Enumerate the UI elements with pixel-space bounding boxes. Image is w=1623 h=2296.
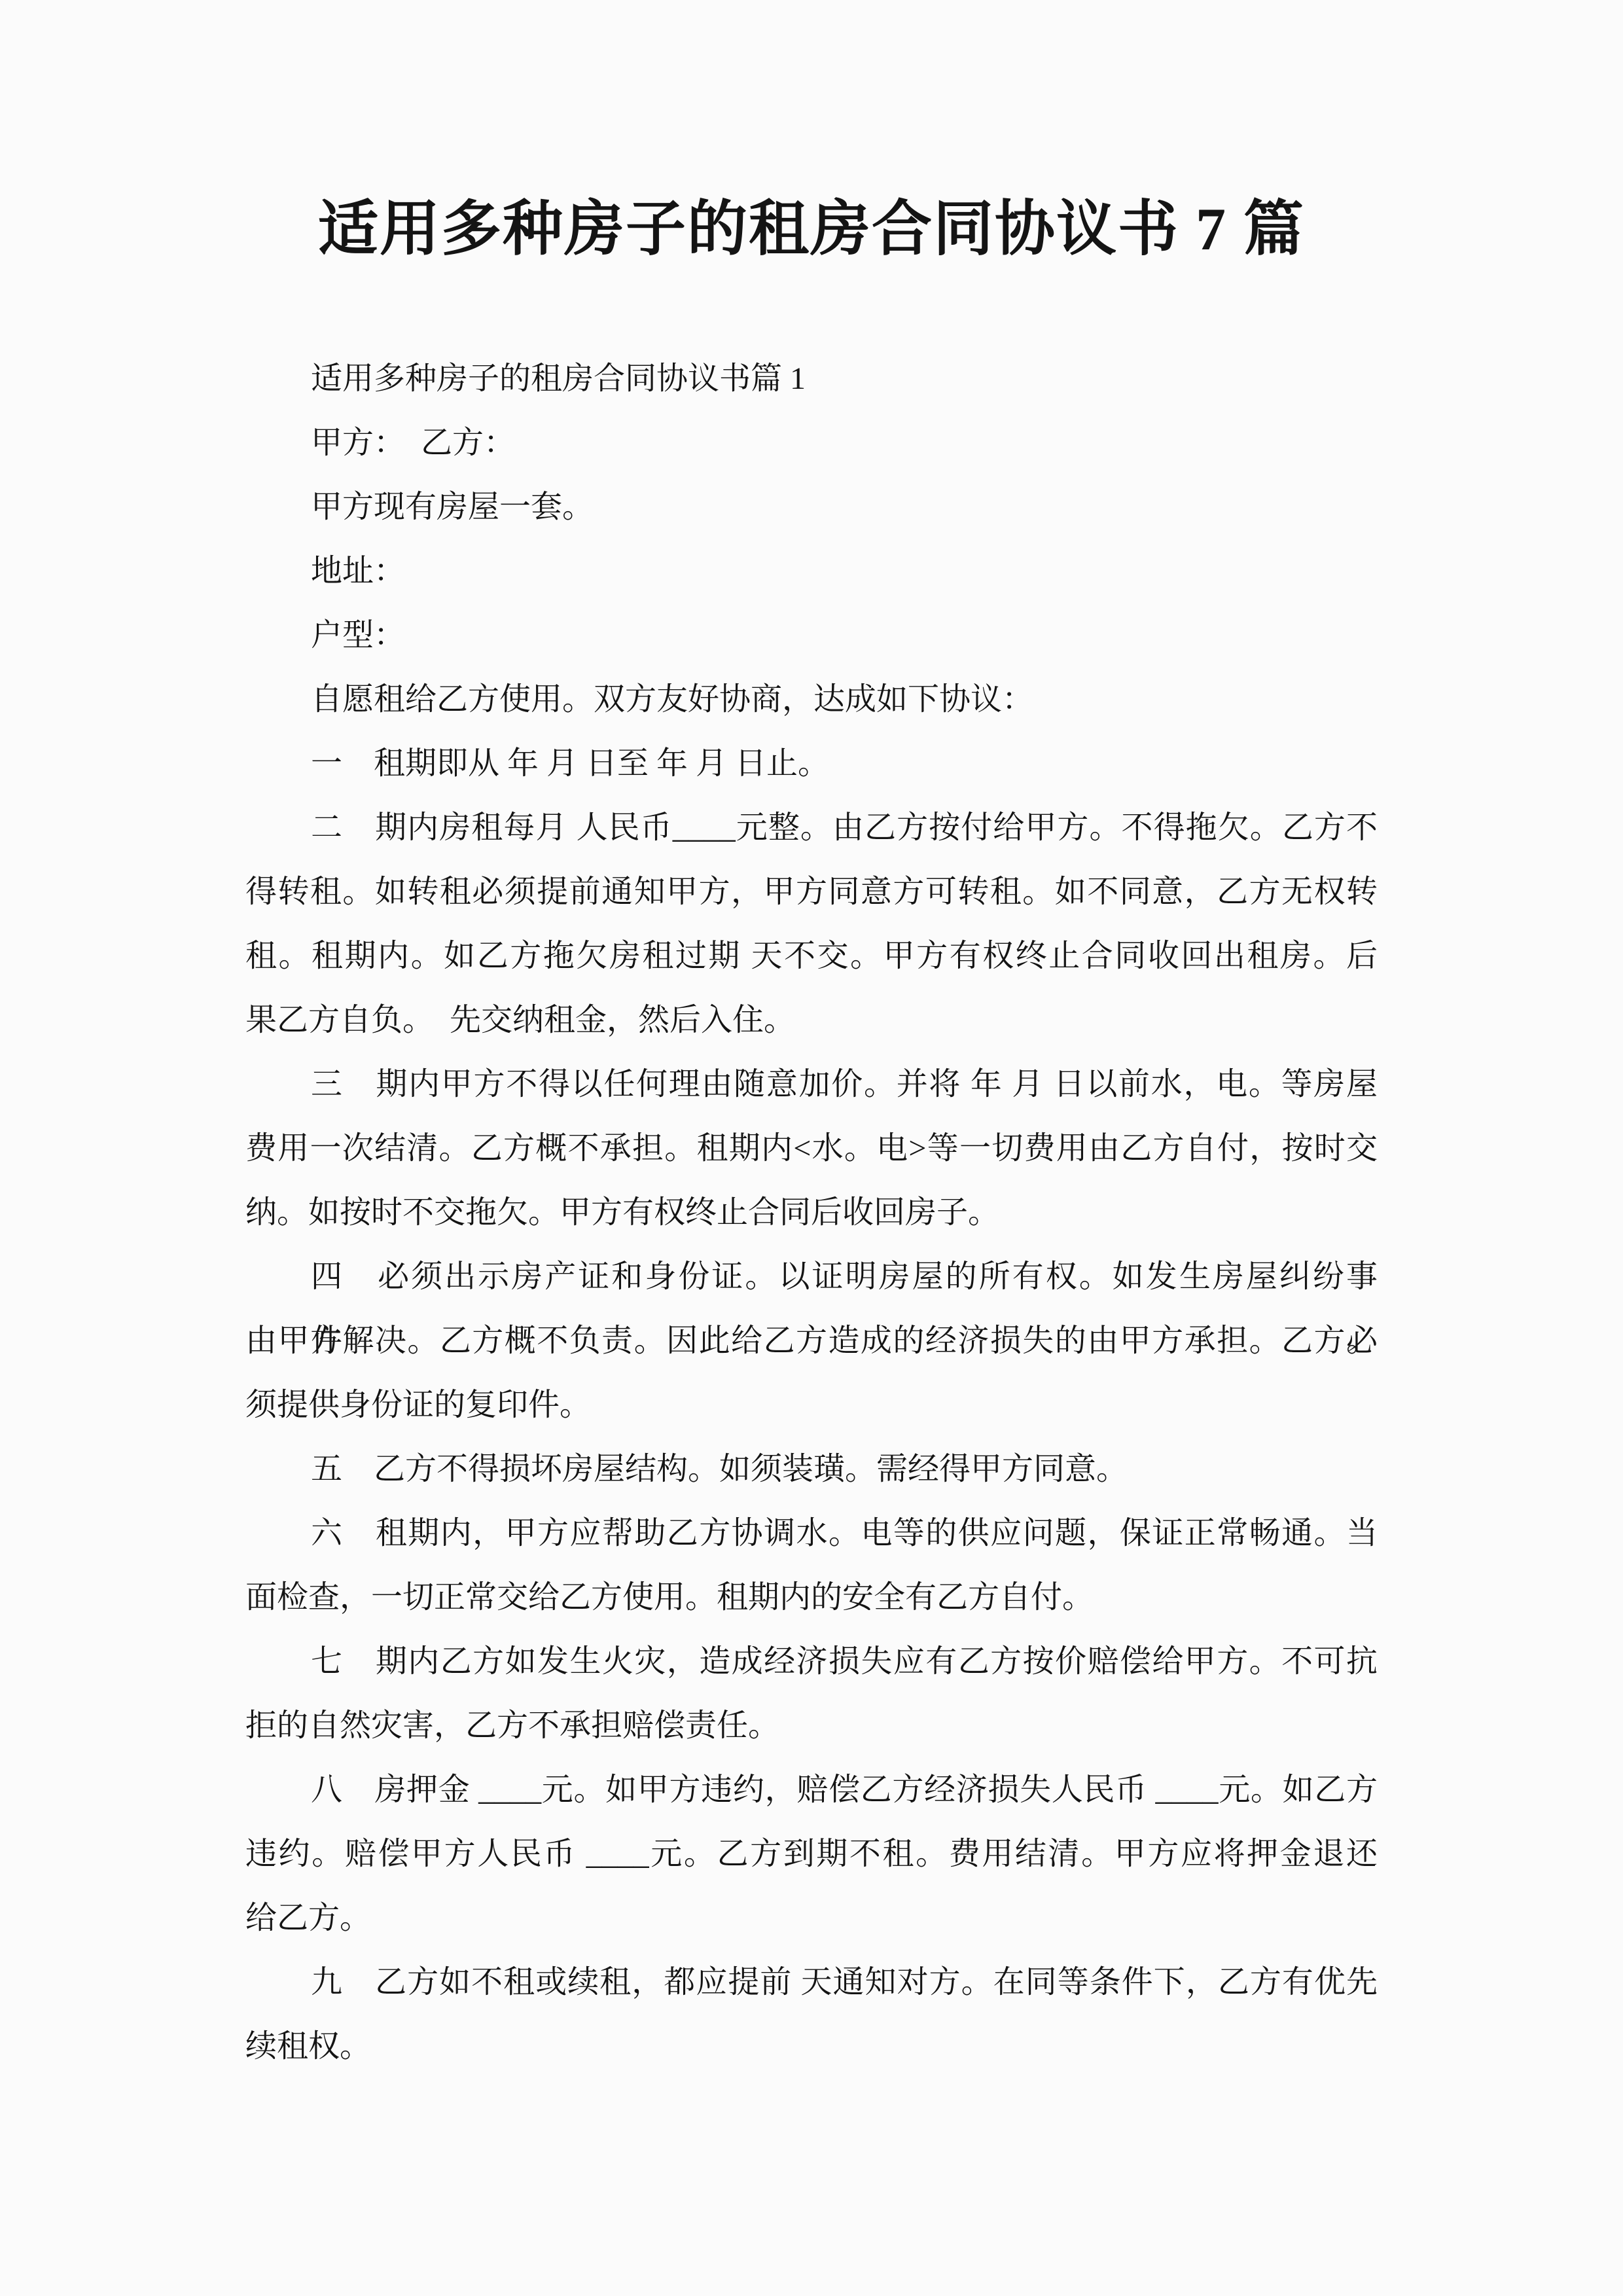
text-line: 九 乙方如不租或续租，都应提前 天通知对方。在同等条件下，乙方有优先 (245, 1950, 1378, 2015)
text-line: 面检查，一切正常交给乙方使用。租期内的安全有乙方自付。 (245, 1566, 1378, 1630)
text-line: 得转租。如转租必须提前通知甲方，甲方同意方可转租。如不同意，乙方无权转 (245, 860, 1378, 924)
document-body: 适用多种房子的租房合同协议书篇 1甲方： 乙方：甲方现有房屋一套。地址：户型：自… (245, 347, 1378, 2079)
text-line: 自愿租给乙方使用。双方友好协商，达成如下协议： (245, 668, 1378, 732)
text-line: 适用多种房子的租房合同协议书篇 1 (245, 347, 1378, 411)
text-line: 租。租期内。如乙方拖欠房租过期 天不交。甲方有权终止合同收回出租房。后 (245, 924, 1378, 988)
text-line: 户型： (245, 603, 1378, 668)
text-line: 纳。如按时不交拖欠。甲方有权终止合同后收回房子。 (245, 1181, 1378, 1245)
text-line: 续租权。 (245, 2015, 1378, 2079)
text-line: 甲方现有房屋一套。 (245, 475, 1378, 539)
text-line: 地址： (245, 539, 1378, 603)
document-title: 适用多种房子的租房合同协议书 7 篇 (0, 196, 1623, 262)
text-line: 甲方： 乙方： (245, 411, 1378, 475)
text-line: 给乙方。 (245, 1886, 1378, 1950)
text-line: 须提供身份证的复印件。 (245, 1373, 1378, 1437)
document-page: 适用多种房子的租房合同协议书 7 篇 适用多种房子的租房合同协议书篇 1甲方： … (0, 0, 1623, 2296)
text-line: 六 租期内，甲方应帮助乙方协调水。电等的供应问题，保证正常畅通。当 (245, 1501, 1378, 1566)
text-line: 费用一次结清。乙方概不承担。租期内<水。电>等一切费用由乙方自付，按时交 (245, 1117, 1378, 1181)
text-line: 一 租期即从 年 月 日至 年 月 日止。 (245, 732, 1378, 796)
text-line: 三 期内甲方不得以任何理由随意加价。并将 年 月 日以前水，电。等房屋 (245, 1052, 1378, 1117)
text-line: 二 期内房租每月 人民币____元整。由乙方按付给甲方。不得拖欠。乙方不 (245, 796, 1378, 860)
text-line: 果乙方自负。 先交纳租金，然后入住。 (245, 988, 1378, 1052)
text-line: 拒的自然灾害，乙方不承担赔偿责任。 (245, 1694, 1378, 1758)
text-line: 违约。赔偿甲方人民币 ____元。乙方到期不租。费用结清。甲方应将押金退还 (245, 1822, 1378, 1886)
text-line: 由甲方解决。乙方概不负责。因此给乙方造成的经济损失的由甲方承担。乙方必 (245, 1309, 1378, 1373)
text-line: 八 房押金 ____元。如甲方违约，赔偿乙方经济损失人民币 ____元。如乙方 (245, 1758, 1378, 1822)
text-line: 七 期内乙方如发生火灾，造成经济损失应有乙方按价赔偿给甲方。不可抗 (245, 1630, 1378, 1694)
text-line: 五 乙方不得损坏房屋结构。如须装璜。需经得甲方同意。 (245, 1437, 1378, 1501)
text-line: 四 必须出示房产证和身份证。以证明房屋的所有权。如发生房屋纠纷事件。 (245, 1245, 1378, 1309)
